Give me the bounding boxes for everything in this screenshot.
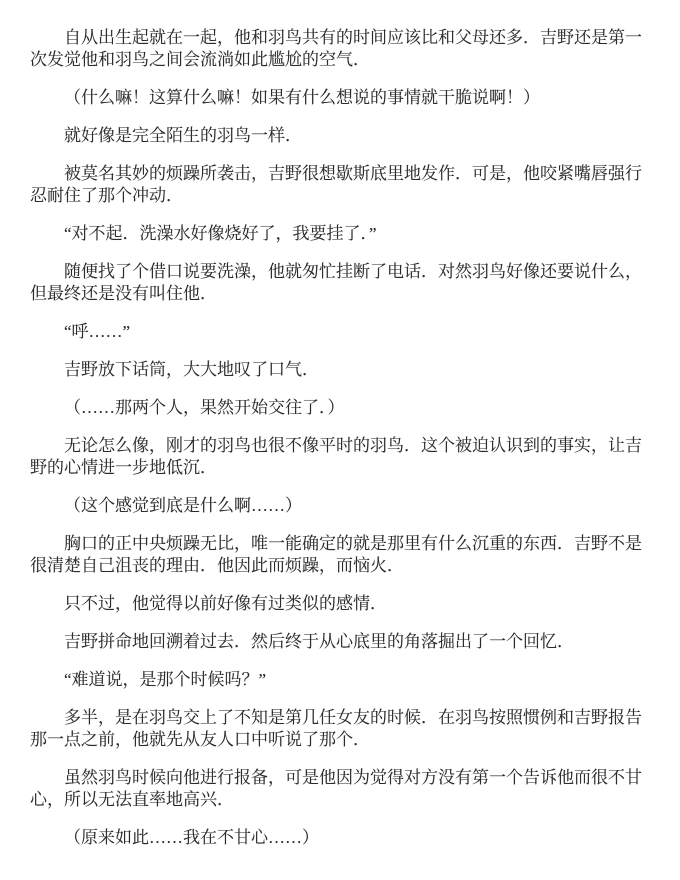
paragraph: 自从出生起就在一起，他和羽鸟共有的时间应该比和父母还多．吉野还是第一次发觉他和羽…: [30, 27, 642, 71]
paragraph: “对不起．洗澡水好像烧好了，我要挂了．”: [30, 223, 642, 245]
paragraph: （……那两个人，果然开始交往了．）: [30, 397, 642, 419]
paragraph: 就好像是完全陌生的羽鸟一样．: [30, 125, 642, 147]
paragraph: 只不过，他觉得以前好像有过类似的感情．: [30, 593, 642, 615]
paragraph: “难道说，是那个时候吗？”: [30, 669, 642, 691]
paragraph: 吉野拼命地回溯着过去．然后终于从心底里的角落掘出了一个回忆．: [30, 631, 642, 653]
paragraph: 随便找了个借口说要洗澡，他就匆忙挂断了电话．对然羽鸟好像还要说什么，但最终还是没…: [30, 261, 642, 305]
novel-text-page: 自从出生起就在一起，他和羽鸟共有的时间应该比和父母还多．吉野还是第一次发觉他和羽…: [0, 0, 680, 880]
paragraph: 被莫名其妙的烦躁所袭击，吉野很想歇斯底里地发作．可是，他咬紧嘴唇强行忍耐住了那个…: [30, 163, 642, 207]
paragraph: （原来如此……我在不甘心……）: [30, 827, 642, 849]
paragraph: 胸口的正中央烦躁无比，唯一能确定的就是那里有什么沉重的东西．吉野不是很清楚自己沮…: [30, 533, 642, 577]
paragraph: 吉野放下话筒，大大地叹了口气．: [30, 359, 642, 381]
paragraph: “呼……”: [30, 321, 642, 343]
paragraph: （什么嘛！这算什么嘛！如果有什么想说的事情就干脆说啊！）: [30, 87, 642, 109]
paragraph-list: 自从出生起就在一起，他和羽鸟共有的时间应该比和父母还多．吉野还是第一次发觉他和羽…: [30, 27, 650, 849]
paragraph: （这个感觉到底是什么啊……）: [30, 495, 642, 517]
paragraph: 虽然羽鸟时候向他进行报备，可是他因为觉得对方没有第一个告诉他而很不甘心，所以无法…: [30, 767, 642, 811]
paragraph: 无论怎么像，刚才的羽鸟也很不像平时的羽鸟．这个被迫认识到的事实，让吉野的心情进一…: [30, 435, 642, 479]
paragraph: 多半，是在羽鸟交上了不知是第几任女友的时候．在羽鸟按照惯例和吉野报告那一点之前，…: [30, 707, 642, 751]
